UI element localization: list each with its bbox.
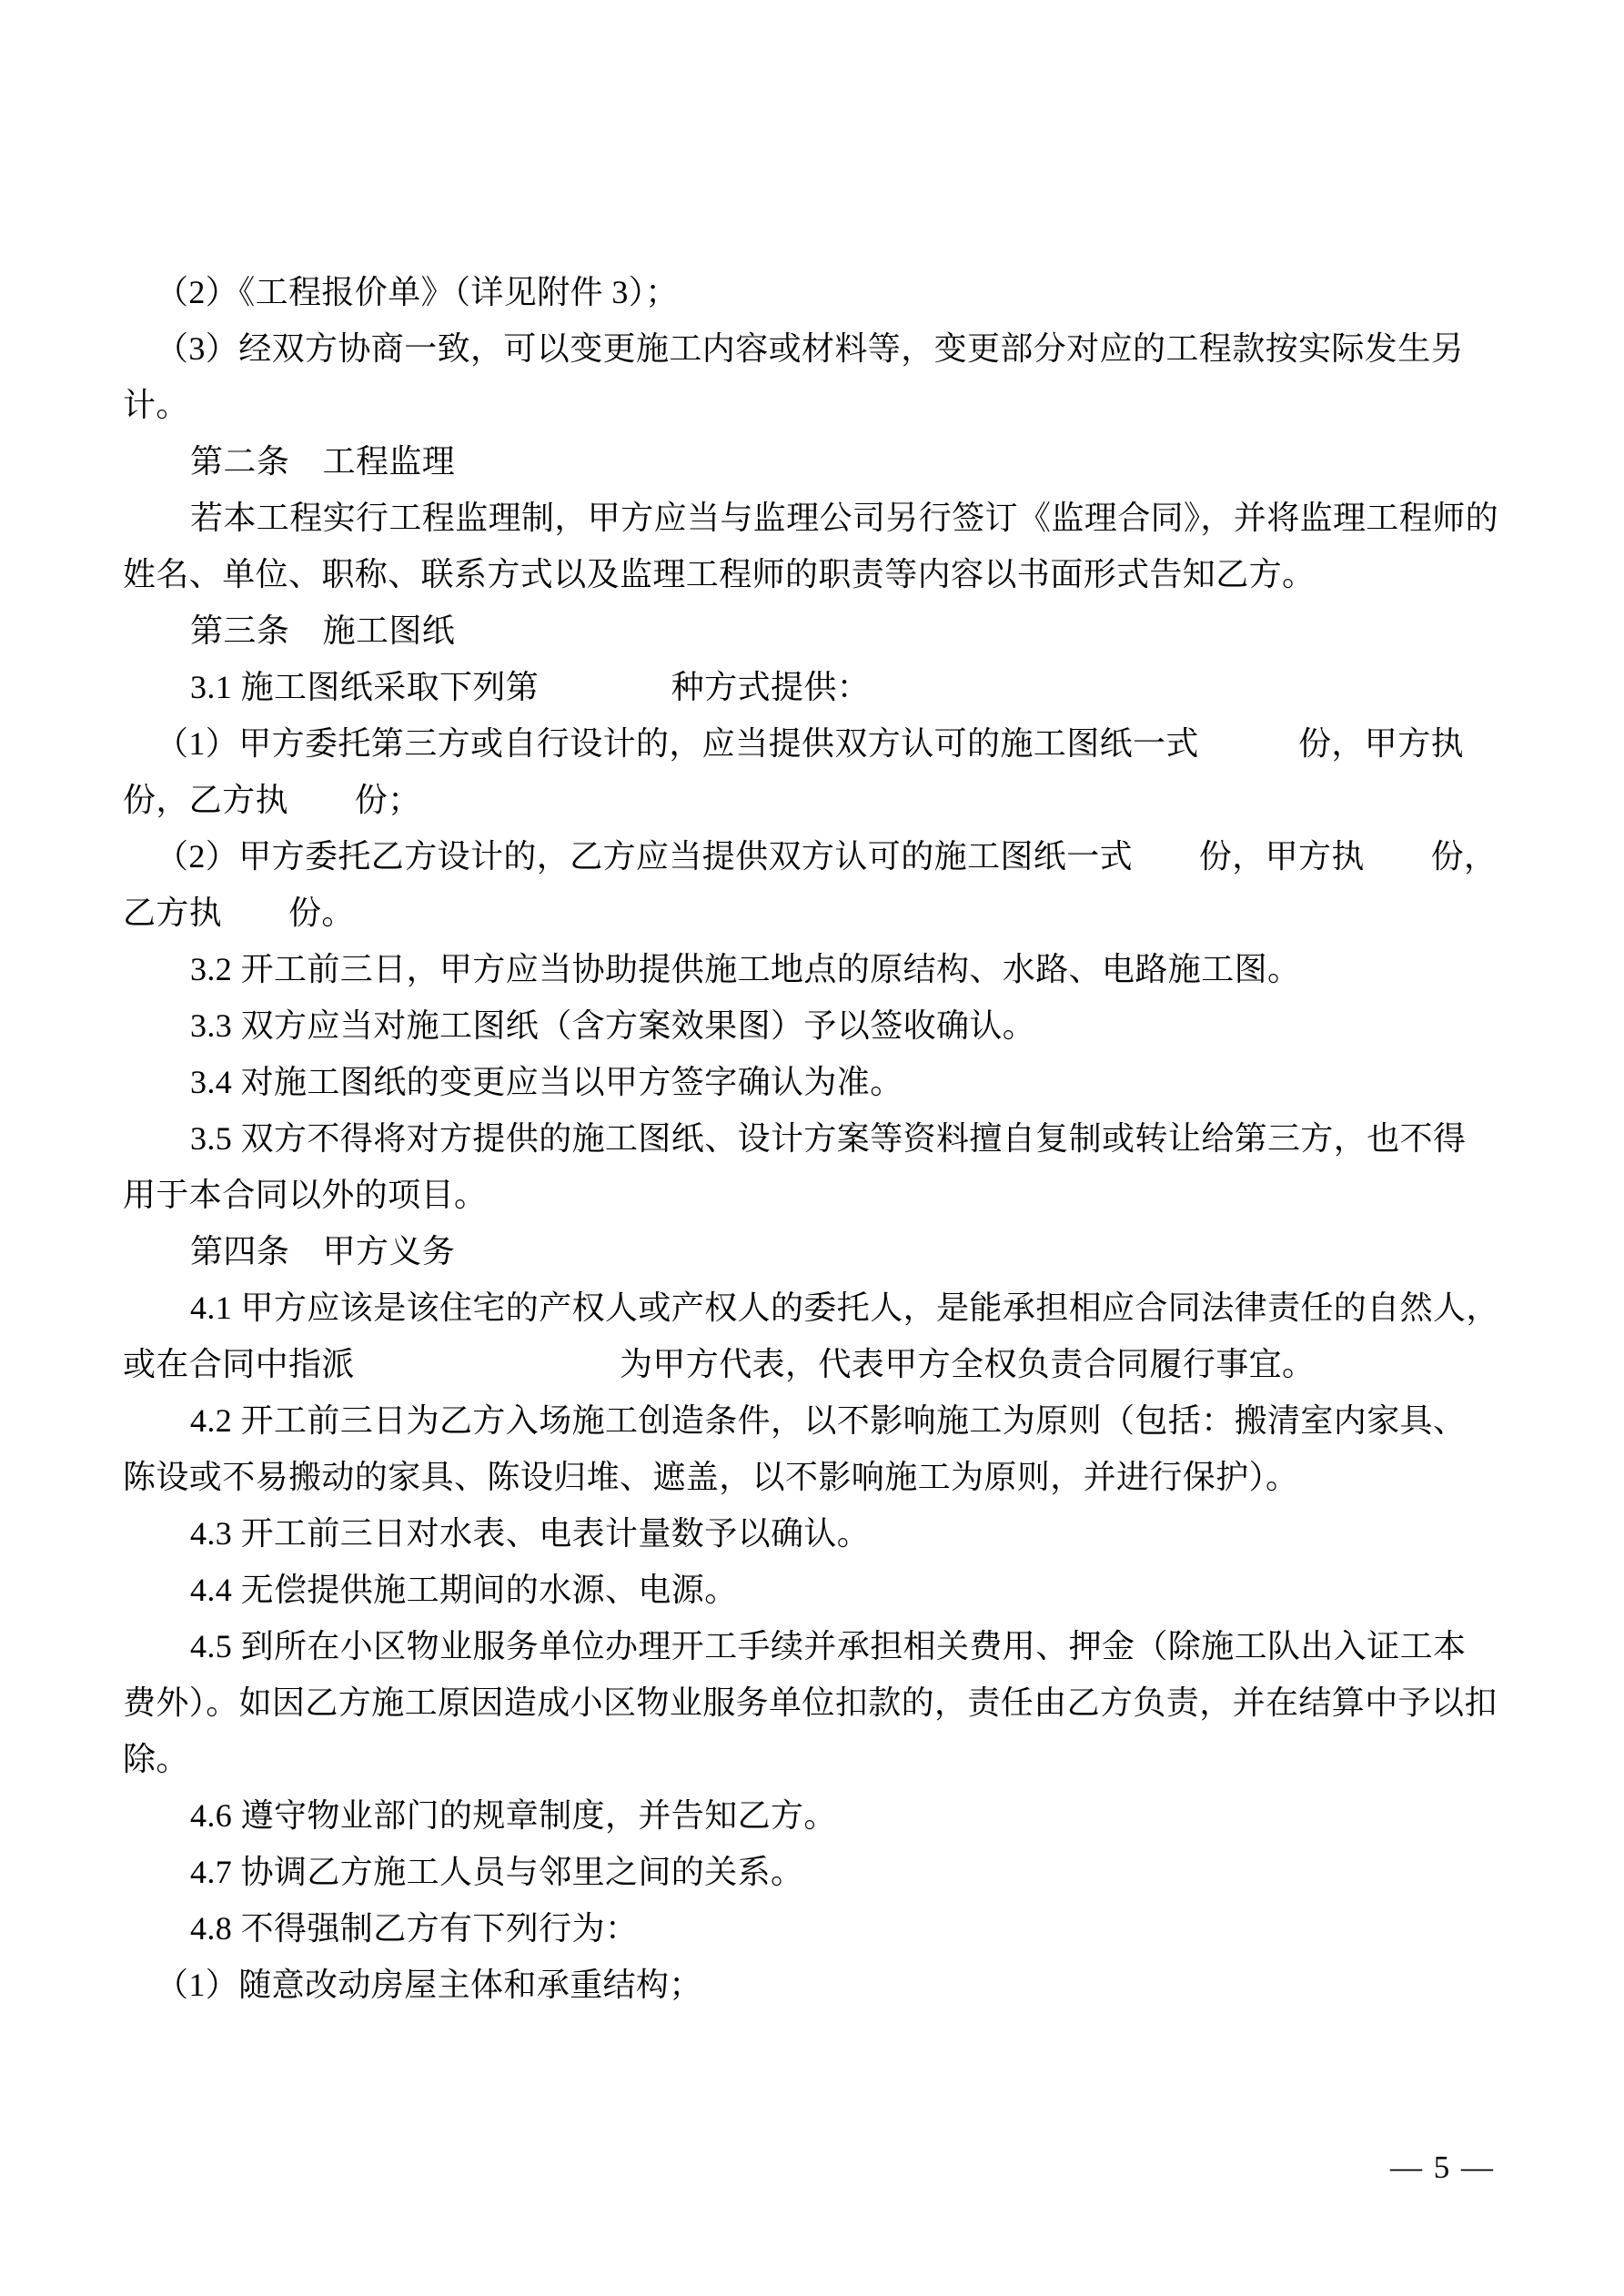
document-line: 用于本合同以外的项目。 bbox=[123, 1167, 1503, 1223]
document-line: 份，乙方执 份； bbox=[123, 772, 1503, 828]
document-line: 4.3 开工前三日对水表、电表计量数予以确认。 bbox=[123, 1505, 1503, 1562]
document-line: 4.4 无偿提供施工期间的水源、电源。 bbox=[123, 1562, 1503, 1618]
document-line: 4.1 甲方应该是该住宅的产权人或产权人的委托人，是能承担相应合同法律责任的自然… bbox=[123, 1279, 1503, 1336]
document-line: （2）《工程报价单》（详见附件 3）； bbox=[123, 264, 1503, 320]
document-line: 3.3 双方应当对施工图纸（含方案效果图）予以签收确认。 bbox=[123, 997, 1503, 1054]
document-line: 3.1 施工图纸采取下列第 种方式提供： bbox=[123, 659, 1503, 715]
document-line: （1）随意改动房屋主体和承重结构； bbox=[123, 1957, 1503, 2013]
document-line: 4.5 到所在小区物业服务单位办理开工手续并承担相关费用、押金（除施工队出入证工… bbox=[123, 1618, 1503, 1674]
document-line: 4.7 协调乙方施工人员与邻里之间的关系。 bbox=[123, 1844, 1503, 1900]
section-heading: 第三条 施工图纸 bbox=[123, 602, 1503, 659]
contract-body: （2）《工程报价单》（详见附件 3）；（3）经双方协商一致，可以变更施工内容或材… bbox=[0, 0, 1624, 2013]
document-line: 若本工程实行工程监理制，甲方应当与监理公司另行签订《监理合同》，并将监理工程师的 bbox=[123, 490, 1503, 546]
document-line: 4.8 不得强制乙方有下列行为： bbox=[123, 1900, 1503, 1957]
document-line: 或在合同中指派 为甲方代表，代表甲方全权负责合同履行事宜。 bbox=[123, 1336, 1503, 1392]
document-line: 3.5 双方不得将对方提供的施工图纸、设计方案等资料擅自复制或转让给第三方，也不… bbox=[123, 1110, 1503, 1167]
page-number: — 5 — bbox=[1390, 2149, 1495, 2186]
document-line: 计。 bbox=[123, 377, 1503, 433]
document-line: 4.6 遵守物业部门的规章制度，并告知乙方。 bbox=[123, 1787, 1503, 1844]
document-line: 除。 bbox=[123, 1731, 1503, 1787]
contract-page: （2）《工程报价单》（详见附件 3）；（3）经双方协商一致，可以变更施工内容或材… bbox=[0, 0, 1624, 2296]
document-line: 姓名、单位、职称、联系方式以及监理工程师的职责等内容以书面形式告知乙方。 bbox=[123, 546, 1503, 602]
document-line: 3.4 对施工图纸的变更应当以甲方签字确认为准。 bbox=[123, 1054, 1503, 1110]
document-line: 陈设或不易搬动的家具、陈设归堆、遮盖，以不影响施工为原则，并进行保护）。 bbox=[123, 1449, 1503, 1505]
section-heading: 第四条 甲方义务 bbox=[123, 1223, 1503, 1279]
document-line: （3）经双方协商一致，可以变更施工内容或材料等，变更部分对应的工程款按实际发生另 bbox=[123, 320, 1503, 377]
document-line: 4.2 开工前三日为乙方入场施工创造条件，以不影响施工为原则（包括：搬清室内家具… bbox=[123, 1392, 1503, 1449]
section-heading: 第二条 工程监理 bbox=[123, 433, 1503, 490]
document-line: （1）甲方委托第三方或自行设计的，应当提供双方认可的施工图纸一式 份，甲方执 bbox=[123, 715, 1503, 772]
document-line: （2）甲方委托乙方设计的，乙方应当提供双方认可的施工图纸一式 份，甲方执 份， bbox=[123, 828, 1503, 885]
document-line: 费外）。如因乙方施工原因造成小区物业服务单位扣款的，责任由乙方负责，并在结算中予… bbox=[123, 1674, 1503, 1731]
document-line: 3.2 开工前三日，甲方应当协助提供施工地点的原结构、水路、电路施工图。 bbox=[123, 941, 1503, 997]
document-line: 乙方执 份。 bbox=[123, 885, 1503, 941]
